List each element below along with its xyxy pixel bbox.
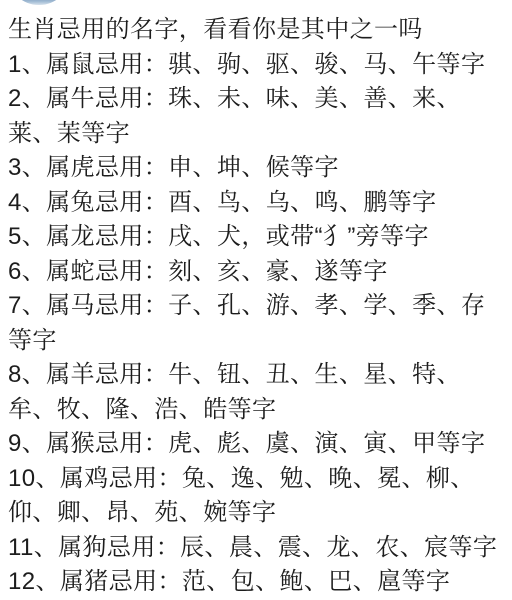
list-item-dragon: 5、属龙忌用：戌、犬，或带“犭”旁等字 xyxy=(8,220,504,255)
list-item-snake: 6、属蛇忌用：刻、亥、豪、遂等字 xyxy=(8,255,504,290)
post-text-screenshot: 生肖忌用的名字，看看你是其中之一吗 1、属鼠忌用：骐、驹、驱、骏、马、午等字 2… xyxy=(0,0,512,600)
list-item-dog: 11、属狗忌用：辰、晨、震、龙、农、宸等字 xyxy=(8,531,504,566)
list-item-goat: 8、属羊忌用：牛、钮、丑、生、星、特、牟、牧、隆、浩、皓等字 xyxy=(8,358,504,427)
list-item-rat: 1、属鼠忌用：骐、驹、驱、骏、马、午等字 xyxy=(8,48,504,83)
list-item-ox: 2、属牛忌用：珠、未、味、美、善、来、莱、茉等字 xyxy=(8,82,504,151)
avatar[interactable] xyxy=(7,0,71,5)
page-title: 生肖忌用的名字，看看你是其中之一吗 xyxy=(8,13,504,48)
list-item-horse: 7、属马忌用：子、孔、游、孝、学、季、存等字 xyxy=(8,289,504,358)
list-item-rooster: 10、属鸡忌用：兔、逸、勉、晚、冕、柳、仰、卿、昂、苑、婉等字 xyxy=(8,462,504,531)
list-item-tiger: 3、属虎忌用：申、坤、候等字 xyxy=(8,151,504,186)
list-item-pig: 12、属猪忌用：范、包、鲍、巴、扈等字 xyxy=(8,565,504,600)
list-item-monkey: 9、属猴忌用：虎、彪、虞、演、寅、甲等字 xyxy=(8,427,504,462)
list-item-rabbit: 4、属兔忌用：酉、鸟、乌、鸣、鹏等字 xyxy=(8,186,504,221)
